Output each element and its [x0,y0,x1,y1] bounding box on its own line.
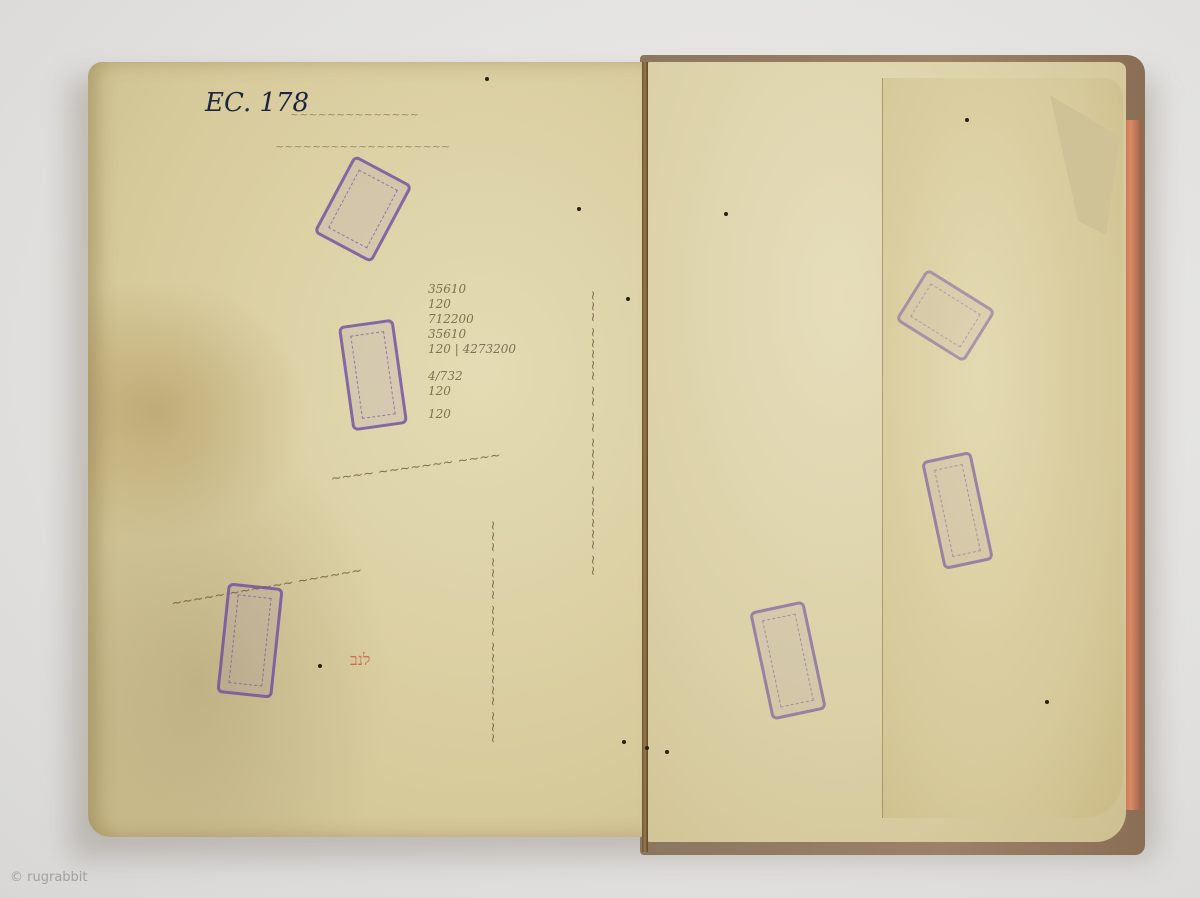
book-spine [642,62,648,852]
handwritten-vertical-text: ~~~ ~~~~ ~~~ ~~~~~~ ~~~ [485,520,500,744]
handwritten-note: ~~~~~~~~~~~~~~ [290,108,419,121]
wormhole [724,212,728,216]
wormhole [485,77,489,81]
wormhole [645,746,649,750]
handwritten-note: ~~~~~~~~~~~~~~~~~~~ [275,140,450,153]
calc-line: 35610 [428,327,516,342]
calc-line: 120 [428,384,516,399]
calc-line: 712200 [428,312,516,327]
red-margin-note: לנב [350,650,370,670]
wormhole [622,740,626,744]
wormhole [577,207,581,211]
calc-line: 120 [428,297,516,312]
handwritten-vertical-text: ~~~ ~~~~~ ~~ ~~ ~~~~ ~~~~~~ ~~ [585,290,600,576]
calc-line: 4/732 [428,369,516,384]
wormhole [965,118,969,122]
calc-line: 35610 [428,282,516,297]
wormhole [665,750,669,754]
wormhole [626,297,630,301]
wormhole [1045,700,1049,704]
wormhole [318,664,322,668]
watermark: © rugrabbit [10,870,88,885]
calc-line: 120 [428,407,516,422]
library-stamp [216,582,283,698]
margin-calculations: 35610 120 712200 35610 120 | 4273200 4/7… [428,282,516,422]
calc-line: 120 | 4273200 [428,342,516,357]
